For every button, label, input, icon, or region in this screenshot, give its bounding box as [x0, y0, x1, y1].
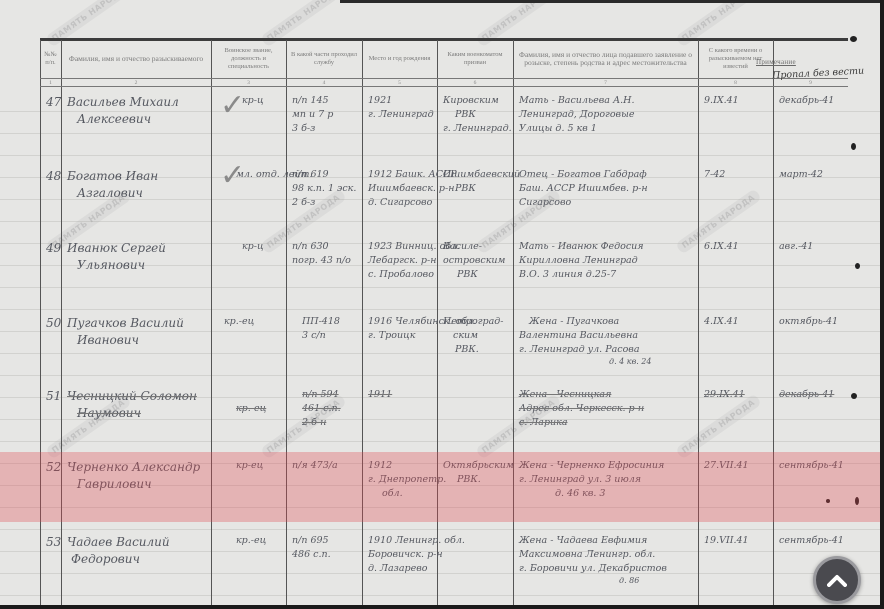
note: сентябрь-41 [773, 534, 844, 548]
col-header-unit: В какой части проходил службу [286, 41, 362, 77]
note-column-header: Примечание [756, 58, 796, 66]
table-header: №№ п/п. Фамилия, имя и отчество разыскив… [40, 41, 848, 77]
missing-since: 9.IX.41 [698, 94, 739, 108]
applicant: Мать - Васильева А.Н. Ленинград, Дорогов… [513, 94, 634, 136]
col-header-num: №№ п/п. [40, 41, 61, 77]
soldier-name: Черненко Александр Гаврилович [61, 459, 200, 493]
birth-place-year: 1912 г. Днепропетр. обл. [362, 459, 446, 501]
commissariat: Кировским РВК г. Ленинград. [437, 94, 512, 136]
row-number: 49 [40, 240, 61, 257]
row-number: 50 [40, 315, 61, 332]
row-number: 51 [40, 388, 61, 405]
missing-since: 6.IX.41 [698, 240, 739, 254]
rank: кр-ец [230, 459, 263, 473]
ink-blot [855, 497, 859, 505]
soldier-name: Пугачков Василий Иванович [61, 315, 184, 349]
commissariat: Петроград- ским РВК. [437, 315, 504, 357]
commissariat: Василе- островским РВК [437, 240, 505, 282]
birth-place-year: 1910 Ленингр. обл. Боровичск. р-н д. Лаз… [362, 534, 465, 576]
ink-blot [850, 36, 857, 42]
rank: кр.-ец [218, 315, 254, 329]
soldier-name: Чесницкий Соломон Наумович [61, 388, 197, 422]
soldier-name: Васильев Михаил Алексеевич [61, 94, 179, 128]
commissariat: Ишимбаевский РВК [437, 168, 520, 196]
ink-blot [855, 263, 860, 269]
col-header-commissariat: Каким военкоматом призван [437, 41, 513, 77]
ink-blot [826, 499, 830, 503]
note: декабрь-41 [773, 94, 834, 108]
row-number: 47 [40, 94, 61, 111]
applicant: Отец - Богатов Габдраф Баш. АССР Ишимбев… [513, 168, 648, 210]
row-number: 52 [40, 459, 61, 476]
commissariat: Октябрьским РВК. [437, 459, 514, 487]
note: авг.-41 [773, 240, 813, 254]
note: декабрь-41 [773, 388, 834, 402]
rank: кр-ц [236, 240, 264, 254]
document-page: ПАМЯТЬ НАРОДА ПАМЯТЬ НАРОДА ПАМЯТЬ НАРОД… [0, 0, 880, 605]
scroll-to-top-button[interactable] [813, 556, 861, 604]
registry-table: №№ п/п. Фамилия, имя и отчество разыскив… [40, 38, 848, 605]
column-numbers: 1 2 3 4 5 6 7 8 9 [40, 78, 848, 87]
applicant: Мать - Иванюк Федосия Кирилловна Ленингр… [513, 240, 644, 282]
unit: п/п 619 98 к.п. 1 эск. 2 б-з [286, 168, 356, 210]
rank: кр-ц [236, 94, 264, 108]
row-number: 48 [40, 168, 61, 185]
applicant: Жена - Чесницкая Адрес обл. Черкесск. р-… [513, 388, 644, 430]
unit: п/п 695 486 с.п. [286, 534, 331, 562]
soldier-name: Богатов Иван Азгалович [61, 168, 158, 202]
birth-place-year: 1921 г. Ленинград [362, 94, 434, 122]
note: октябрь-41 [773, 315, 838, 329]
birth-place-year: 1911 [362, 388, 392, 402]
rank: кр.-ец [230, 534, 266, 548]
ink-blot [851, 143, 856, 150]
missing-since: 19.VII.41 [698, 534, 749, 548]
col-header-birth: Место и год рождения [362, 41, 437, 77]
unit: п/п 630 погр. 43 п/о [286, 240, 351, 268]
missing-since: 7-42 [698, 168, 725, 182]
note: сентябрь-41 [773, 459, 844, 473]
missing-since: 4.IX.41 [698, 315, 739, 329]
unit: п/п 594 461 с.п. 2 б-н [296, 388, 341, 430]
unit: п/п 145 мп и 7 р 3 б-з [286, 94, 333, 136]
applicant: Жена - Черненко Ефросиния г. Ленинград у… [513, 459, 664, 501]
unit: п/я 473/а [286, 459, 338, 473]
col-header-applicant: Фамилия, имя и отчество лица подавшего з… [513, 41, 698, 77]
note: март-42 [773, 168, 823, 182]
row-number: 53 [40, 534, 61, 551]
soldier-name: Чадаев Василий Федорович [61, 534, 170, 568]
missing-since: 29.IX.41 [698, 388, 745, 402]
applicant: Жена - Чадаева Евфимия Максимовна Ленинг… [513, 534, 667, 585]
unit: ПП-418 3 с/п [296, 315, 340, 343]
chevron-up-icon [827, 573, 847, 587]
rank: кр.-ец [230, 402, 266, 416]
soldier-name: Иванюк Сергей Ульянович [61, 240, 166, 274]
col-header-name: Фамилия, имя и отчество разыскиваемого [61, 41, 211, 77]
ink-blot [851, 393, 857, 399]
applicant: Жена - Пугачкова Валентина Васильевна г.… [513, 315, 652, 366]
missing-since: 27.VII.41 [698, 459, 749, 473]
col-header-rank: Воинское звание, должность и специальнос… [211, 41, 286, 77]
